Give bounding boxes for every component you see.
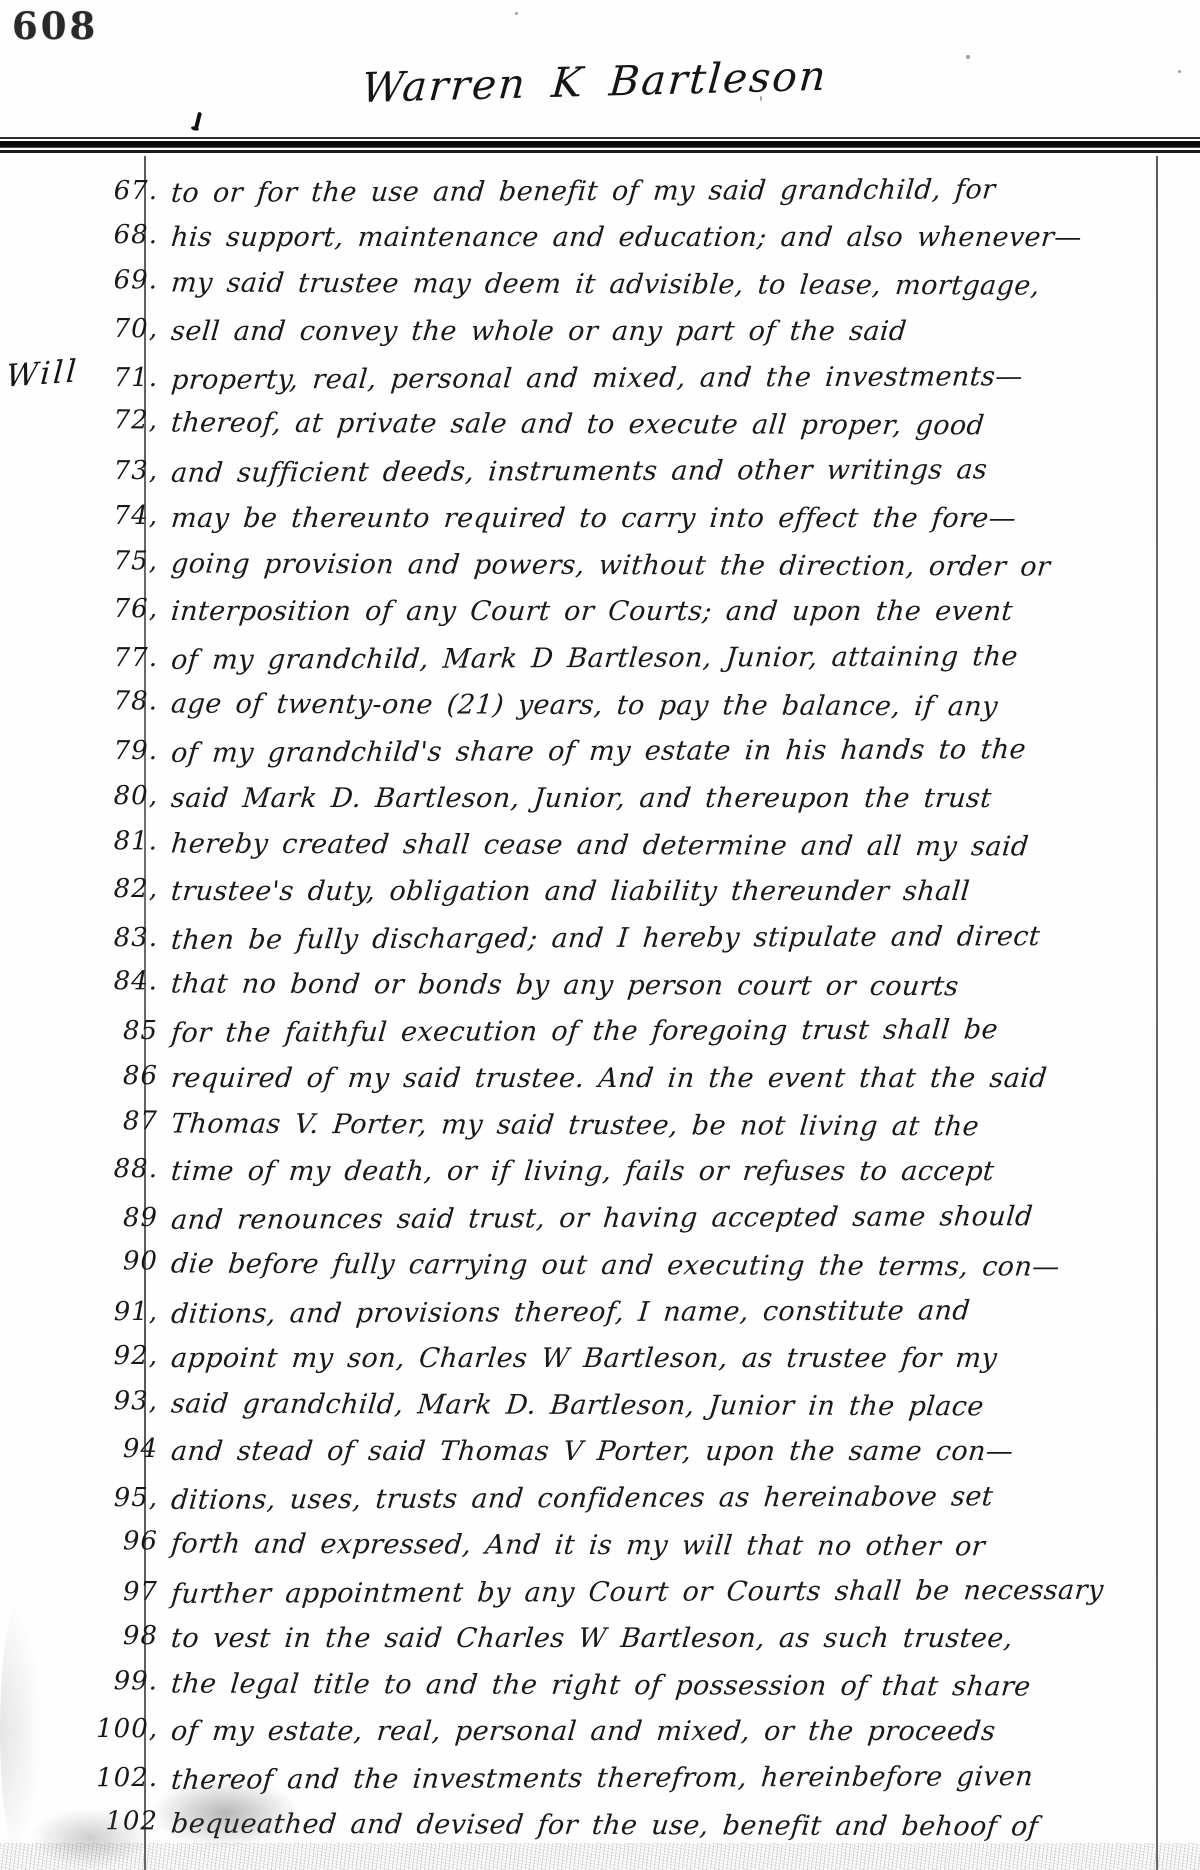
scan-noise-band xyxy=(0,1843,1200,1870)
line-number: 82, xyxy=(58,874,158,904)
scan-speck xyxy=(760,96,762,101)
document-line: 89 and renounces said trust, or having a… xyxy=(0,1187,1200,1239)
line-number: 102. xyxy=(58,1763,158,1793)
line-number: 99. xyxy=(58,1666,158,1696)
line-number: 85 xyxy=(58,1016,158,1046)
line-text: appoint my son, Charles W Bartleson, as … xyxy=(170,1345,998,1372)
line-text: die before fully carrying out and execut… xyxy=(170,1250,1061,1280)
line-number: 74, xyxy=(58,501,158,531)
document-line: 69. my said trustee may deem it advisibl… xyxy=(0,253,1200,304)
document-line: 68. his support, maintenance and educati… xyxy=(0,209,1200,256)
line-text: that no bond or bonds by any person cour… xyxy=(170,970,960,1000)
line-number: 80, xyxy=(58,781,158,811)
line-text: thereof, at private sale and to execute … xyxy=(170,410,986,440)
line-number: 93, xyxy=(58,1386,158,1416)
line-text: time of my death, or if living, fails or… xyxy=(170,1158,995,1185)
ink-blot-mark xyxy=(194,112,202,129)
document-line: 93, said grandchild, Mark D. Bartleson, … xyxy=(0,1374,1200,1425)
line-text: for the faithful execution of the forego… xyxy=(170,1016,999,1047)
document-line: 100, of my estate, real, personal and mi… xyxy=(0,1703,1200,1750)
scan-speck xyxy=(515,12,518,15)
line-number: 70, xyxy=(58,314,158,344)
line-number: 91, xyxy=(58,1296,158,1326)
document-line: 85 for the faithful execution of the for… xyxy=(0,1000,1200,1052)
line-number: 89 xyxy=(58,1203,158,1233)
line-number: 100, xyxy=(58,1714,158,1744)
line-number: 68. xyxy=(58,220,158,250)
line-number: 86 xyxy=(58,1061,158,1091)
header-double-rule xyxy=(0,137,1200,156)
line-number: 94 xyxy=(58,1434,158,1464)
line-text: ditions, uses, trusts and confidences as… xyxy=(170,1483,994,1514)
document-line: 92, appoint my son, Charles W Bartleson,… xyxy=(0,1329,1200,1376)
document-line: 70, sell and convey the whole or any par… xyxy=(0,302,1200,349)
document-line: 77. of my grandchild, Mark D Bartleson, … xyxy=(0,626,1200,678)
line-number: 97 xyxy=(58,1576,158,1606)
line-number: 71. xyxy=(58,362,158,392)
line-text: and renounces said trust, or having acce… xyxy=(170,1203,1034,1234)
line-number: 90 xyxy=(58,1246,158,1276)
line-text: forth and expressed, And it is my will t… xyxy=(170,1530,986,1560)
scanned-will-page: { "page": { "number": "608", "title": "W… xyxy=(0,0,1200,1870)
line-text: the legal title to and the right of poss… xyxy=(170,1670,1032,1700)
document-line: 99. the legal title to and the right of … xyxy=(0,1654,1200,1705)
line-text: to vest in the said Charles W Bartleson,… xyxy=(170,1625,1014,1652)
line-number: 79. xyxy=(58,736,158,766)
document-line: 96 forth and expressed, And it is my wil… xyxy=(0,1514,1200,1565)
line-text: my said trustee may deem it advisible, t… xyxy=(170,270,1041,300)
line-text: to or for the use and benefit of my said… xyxy=(170,176,997,207)
scan-speck xyxy=(1178,70,1181,73)
document-line: 79. of my grandchild's share of my estat… xyxy=(0,720,1200,772)
line-text: further appointment by any Court or Cour… xyxy=(170,1576,1105,1607)
document-line: 76, interposition of any Court or Courts… xyxy=(0,582,1200,629)
line-number: 81. xyxy=(58,825,158,855)
line-text: age of twenty-one (21) years, to pay the… xyxy=(170,690,999,720)
line-number: 75, xyxy=(58,545,158,575)
line-number: 87 xyxy=(58,1106,158,1136)
document-line: 91, ditions, and provisions thereof, I n… xyxy=(0,1280,1200,1332)
document-line: 78. age of twenty-one (21) years, to pay… xyxy=(0,673,1200,724)
line-text: then be fully discharged; and I hereby s… xyxy=(170,923,1041,954)
line-text: of my grandchild, Mark D Bartleson, Juni… xyxy=(170,643,1019,674)
line-number: 67. xyxy=(58,176,158,206)
document-line: 97 further appointment by any Court or C… xyxy=(0,1560,1200,1612)
line-text: property, real, personal and mixed, and … xyxy=(170,363,1024,394)
line-number: 69. xyxy=(58,265,158,295)
scan-speck xyxy=(966,55,970,59)
document-title: Warren K Bartleson xyxy=(360,52,829,112)
line-text: thereof and the investments therefrom, h… xyxy=(170,1763,1034,1794)
line-number: 72, xyxy=(58,405,158,435)
line-text: bequeathed and devised for the use, bene… xyxy=(170,1810,1040,1840)
line-number: 98 xyxy=(58,1621,158,1651)
line-number: 83. xyxy=(58,923,158,953)
line-text: of my estate, real, personal and mixed, … xyxy=(170,1718,997,1745)
document-line: 75, going provision and powers, without … xyxy=(0,533,1200,584)
document-line: 84. that no bond or bonds by any person … xyxy=(0,954,1200,1005)
line-number: 95, xyxy=(58,1483,158,1513)
scan-smudge xyxy=(30,1808,150,1868)
line-number: 96 xyxy=(58,1526,158,1556)
document-line: 86 required of my said trustee. And in t… xyxy=(0,1049,1200,1096)
document-line: 67. to or for the use and benefit of my … xyxy=(0,159,1200,211)
line-text: of my grandchild's share of my estate in… xyxy=(170,736,1027,767)
line-number: 77. xyxy=(58,642,158,672)
document-line: 73, and sufficient deeds, instruments an… xyxy=(0,440,1200,492)
document-line: 90 die before fully carrying out and exe… xyxy=(0,1234,1200,1285)
document-line: 95, ditions, uses, trusts and confidence… xyxy=(0,1467,1200,1519)
document-line: 81. hereby created shall cease and deter… xyxy=(0,814,1200,865)
line-number: 78. xyxy=(58,685,158,715)
line-text: trustee's duty, obligation and liability… xyxy=(170,878,971,905)
line-text: hereby created shall cease and determine… xyxy=(170,830,1030,860)
document-line: 80, said Mark D. Bartleson, Junior, and … xyxy=(0,769,1200,816)
document-line: 88. time of my death, or if living, fail… xyxy=(0,1142,1200,1189)
line-text: and sufficient deeds, instruments and ot… xyxy=(170,456,988,487)
document-line: 98 to vest in the said Charles W Bartles… xyxy=(0,1609,1200,1656)
document-line: 74, may be thereunto required to carry i… xyxy=(0,489,1200,536)
line-number: 84. xyxy=(58,965,158,995)
scan-smudge xyxy=(150,1778,300,1848)
line-text: sell and convey the whole or any part of… xyxy=(170,318,908,345)
line-text: interposition of any Court or Courts; an… xyxy=(170,598,1014,625)
line-number: 76, xyxy=(58,594,158,624)
line-text: Thomas V. Porter, my said trustee, be no… xyxy=(170,1110,980,1140)
line-text: ditions, and provisions thereof, I name,… xyxy=(170,1297,971,1327)
line-number: 88. xyxy=(58,1154,158,1184)
line-text: may be thereunto required to carry into … xyxy=(170,505,1017,532)
line-text: going provision and powers, without the … xyxy=(170,550,1052,580)
line-number: 92, xyxy=(58,1341,158,1371)
line-text: required of my said trustee. And in the … xyxy=(170,1065,1048,1092)
line-text: his support, maintenance and education; … xyxy=(170,224,1083,251)
line-number: 73, xyxy=(58,456,158,486)
document-line: 72, thereof, at private sale and to exec… xyxy=(0,393,1200,444)
document-line: 82, trustee's duty, obligation and liabi… xyxy=(0,862,1200,909)
line-text: said grandchild, Mark D. Bartleson, Juni… xyxy=(170,1390,985,1420)
line-text: said Mark D. Bartleson, Junior, and ther… xyxy=(170,785,993,812)
line-text: and stead of said Thomas V Porter, upon … xyxy=(170,1438,1014,1465)
document-line: 71. property, real, personal and mixed, … xyxy=(0,346,1200,398)
page-number: 608 xyxy=(12,4,98,48)
document-line: 83. then be fully discharged; and I here… xyxy=(0,906,1200,958)
document-line: 87 Thomas V. Porter, my said trustee, be… xyxy=(0,1094,1200,1145)
document-body: 67. to or for the use and benefit of my … xyxy=(0,162,1200,1843)
document-line: 94 and stead of said Thomas V Porter, up… xyxy=(0,1423,1200,1470)
scan-smudge xyxy=(0,1600,40,1860)
